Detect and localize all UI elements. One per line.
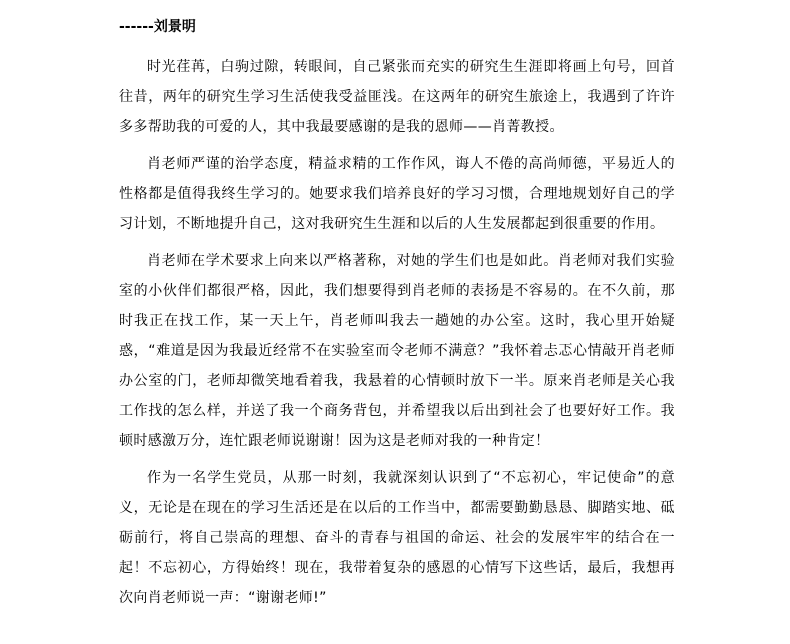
document-body: ------刘景明 时光荏苒，白驹过隙，转眼间，自己紧张而充实的研究生生涯即将画…: [119, 16, 675, 613]
author-line: ------刘景明: [119, 16, 675, 38]
paragraph-3: 肖老师在学术要求上向来以严格著称，对她的学生们也是如此。肖老师对我们实验室的小伙…: [119, 246, 675, 456]
paragraph-2: 肖老师严谨的治学态度，精益求精的工作作风，诲人不倦的高尚师德，平易近人的性格都是…: [119, 149, 675, 239]
paragraph-1: 时光荏苒，白驹过隙，转眼间，自己紧张而充实的研究生生涯即将画上句号，回首往昔，两…: [119, 52, 675, 142]
paragraph-4: 作为一名学生党员，从那一时刻，我就深刻认识到了“不忘初心，牢记使命”的意义，无论…: [119, 463, 675, 613]
